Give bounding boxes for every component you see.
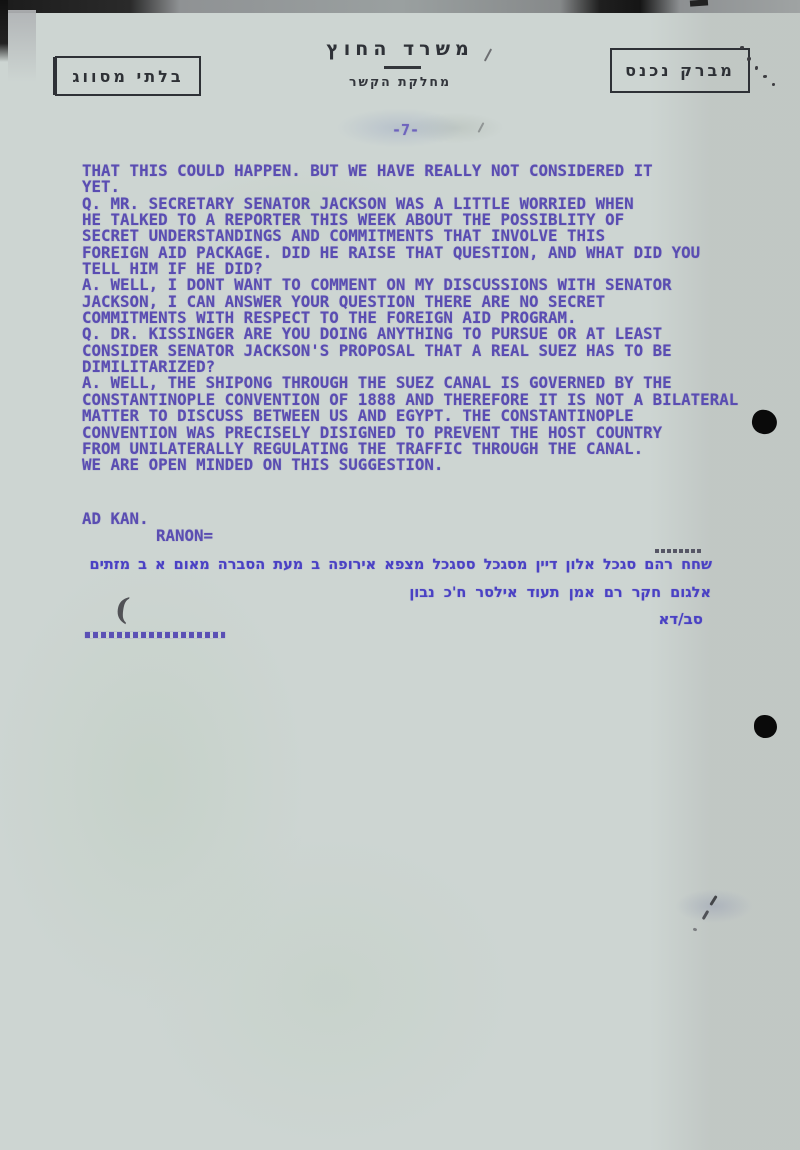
- telegram-text-line: WE ARE OPEN MINDED ON THIS SUGGESTION.: [82, 457, 772, 473]
- scan-edge-left-shadow: [8, 10, 36, 82]
- telegram-page: בלתי מסווג מברק נכנס משרד החוץ מחלקת הקש…: [0, 0, 800, 1150]
- telegram-body-text: THAT THIS COULD HAPPEN. BUT WE HAVE REAL…: [82, 163, 772, 474]
- operator-signature: RANON=: [156, 526, 213, 545]
- handwritten-paren-mark: (: [113, 591, 132, 628]
- distribution-line-2: אלגום חקר רם אמן תעוד אילסר ח'כ נבון: [409, 585, 711, 601]
- unclassified-stamp: בלתי מסווג: [55, 56, 201, 96]
- ministry-header-title: משרד החוץ: [300, 38, 500, 60]
- dashed-separator-line: [85, 632, 225, 638]
- end-marker: AD KAN.: [82, 509, 149, 528]
- pencil-dot: [772, 83, 775, 86]
- pencil-dot: [755, 66, 758, 70]
- telegram-text-line: THAT THIS COULD HAPPEN. BUT WE HAVE REAL…: [82, 163, 772, 179]
- scan-edge-left: [0, 0, 8, 62]
- header-underline: [384, 66, 421, 69]
- pencil-dot: [747, 57, 751, 61]
- pencil-dot: [693, 927, 698, 931]
- unclassified-stamp-label: בלתי מסווג: [72, 67, 183, 86]
- handwritten-slash-mark: [709, 895, 717, 906]
- incoming-telegram-stamp: מברק נכנס: [610, 48, 750, 93]
- incoming-telegram-stamp-label: מברק נכנס: [625, 61, 735, 80]
- department-subtitle: מחלקת הקשר: [300, 74, 500, 89]
- pencil-dot: [763, 75, 767, 78]
- handwritten-slash-mark: [702, 910, 710, 920]
- punch-hole: [754, 715, 777, 738]
- scan-edge-top: [0, 0, 800, 13]
- handwritten-slash-mark: [478, 122, 485, 133]
- distribution-line-1: שחח רהם סגכל אלון דיין מסגכל ססגכל מצפא …: [90, 557, 712, 573]
- dash-mark: [655, 549, 701, 553]
- initials-code: סב/דא: [658, 610, 703, 628]
- page-number: -7-: [392, 121, 419, 139]
